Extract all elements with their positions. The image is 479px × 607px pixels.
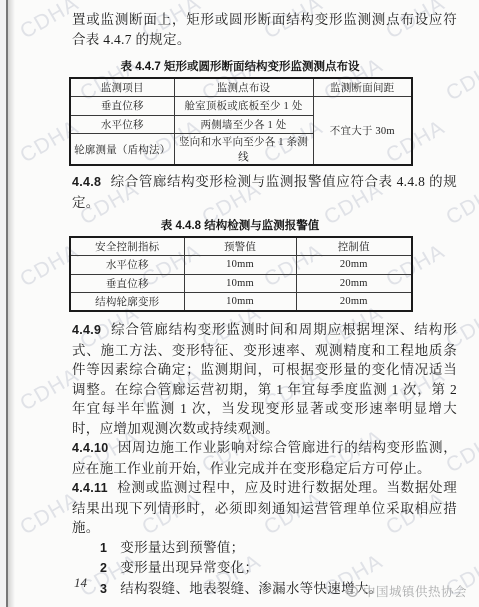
table-row: 结构轮廓变形 10mm 20mm xyxy=(70,293,412,312)
header-cell: 控制值 xyxy=(296,237,412,256)
cell-layout: 两侧墙至少各 1 处 xyxy=(174,115,313,134)
section-4-4-9: 4.4.9综合管廊结构变形监测时间和周期应根据埋深、结构形式、施工方法、变形特征… xyxy=(72,320,457,438)
document-page: 置或监测断面上，矩形或圆形断面结构变形监测测点布设应符合表 4.4.7 的规定。… xyxy=(0,0,479,599)
cell-layout: 竖向和水平向至少各 1 条测线 xyxy=(174,134,313,166)
intro-text: 置或监测断面上，矩形或圆形断面结构变形监测测点布设应符合表 4.4.7 的规定。 xyxy=(72,12,457,47)
cell-indicator: 结构轮廓变形 xyxy=(70,293,184,312)
table-row: 水平位移 10mm 20mm xyxy=(70,256,412,275)
section-text: 综合管廊结构变形监测时间和周期应根据埋深、结构形式、施工方法、变形特征、变形速率… xyxy=(72,322,457,436)
section-number: 4.4.11 xyxy=(72,481,117,495)
section-4-4-11: 4.4.11检测或监测过程中，应及时进行数据处理。当数据处理结果出现下列情形时，… xyxy=(72,478,457,538)
section-text: 检测或监测过程中，应及时进行数据处理。当数据处理结果出现下列情形时，必须即刻通知… xyxy=(72,480,457,535)
cell-indicator: 水平位移 xyxy=(70,256,184,275)
list-item-text: 变形量出现异常变化； xyxy=(120,560,258,575)
table-4-4-8: 安全控制指标 预警值 控制值 水平位移 10mm 20mm 垂直位移 10mm … xyxy=(69,236,413,312)
cell-control-value: 20mm xyxy=(296,274,412,293)
table-header-row: 监测项目 监测点布设 监测断面间距 xyxy=(70,78,412,97)
cell-indicator: 垂直位移 xyxy=(70,274,184,293)
list-item-number: 1 xyxy=(100,541,120,555)
page-number: 14 xyxy=(74,575,87,591)
section-text: 综合管廊结构变形检测与监测报警值应符合表 4.4.8 的规定。 xyxy=(72,174,457,210)
cell-layout: 舱室顶板或底板至少 1 处 xyxy=(174,97,313,116)
list-item: 1变形量达到预警值； xyxy=(72,538,457,559)
cell-warning-value: 10mm xyxy=(184,274,296,293)
section-number: 4.4.9 xyxy=(72,323,110,337)
header-cell: 监测项目 xyxy=(70,78,174,97)
footer-association: 中国城镇供热协会 xyxy=(344,582,467,600)
header-cell: 监测断面间距 xyxy=(313,78,412,97)
list-item-number: 2 xyxy=(100,561,120,575)
cell-warning-value: 10mm xyxy=(184,293,296,312)
cell-spacing-note: 不宜大于 30m xyxy=(313,97,412,166)
section-4-4-10: 4.4.10因周边施工作业影响对综合管廊进行的结构变形监测，应在施工作业前开始，… xyxy=(72,438,457,478)
cell-item: 垂直位移 xyxy=(70,97,174,116)
header-cell: 安全控制指标 xyxy=(70,237,184,256)
cell-warning-value: 10mm xyxy=(184,256,296,275)
cell-control-value: 20mm xyxy=(296,293,412,312)
scan-edge-shadow xyxy=(8,0,15,607)
table-header-row: 安全控制指标 预警值 控制值 xyxy=(70,237,412,256)
list-item: 2变形量出现异常变化； xyxy=(72,558,457,579)
list-item-number: 3 xyxy=(100,582,120,596)
section-4-4-8: 4.4.8综合管廊结构变形检测与监测报警值应符合表 4.4.8 的规定。 xyxy=(72,172,457,212)
section-number: 4.4.8 xyxy=(72,175,110,189)
section-number: 4.4.10 xyxy=(72,441,118,455)
intro-paragraph: 置或监测断面上，矩形或圆形断面结构变形监测测点布设应符合表 4.4.7 的规定。 xyxy=(72,10,457,49)
table-4-4-7-caption: 表 4.4.7 矩形或圆形断面结构变形监测测点布设 xyxy=(69,58,411,74)
section-text: 因周边施工作业影响对综合管廊进行的结构变形监测，应在施工作业前开始，作业完成并在… xyxy=(72,440,457,476)
cdha-logo-icon xyxy=(344,584,359,599)
cell-item: 轮廓测量（盾构法） xyxy=(70,134,174,166)
header-cell: 监测点布设 xyxy=(174,78,313,97)
table-4-4-7: 监测项目 监测点布设 监测断面间距 垂直位移 舱室顶板或底板至少 1 处 不宜大… xyxy=(69,77,413,166)
table-row: 垂直位移 10mm 20mm xyxy=(70,274,412,293)
list-item-text: 变形量达到预警值； xyxy=(120,540,244,555)
table-row: 垂直位移 舱室顶板或底板至少 1 处 不宜大于 30m xyxy=(70,97,412,116)
table-4-4-8-caption: 表 4.4.8 结构检测与监测报警值 xyxy=(69,217,411,233)
cell-item: 水平位移 xyxy=(70,115,174,134)
header-cell: 预警值 xyxy=(184,237,296,256)
footer-association-name: 中国城镇供热协会 xyxy=(363,582,467,600)
cell-control-value: 20mm xyxy=(296,256,412,275)
